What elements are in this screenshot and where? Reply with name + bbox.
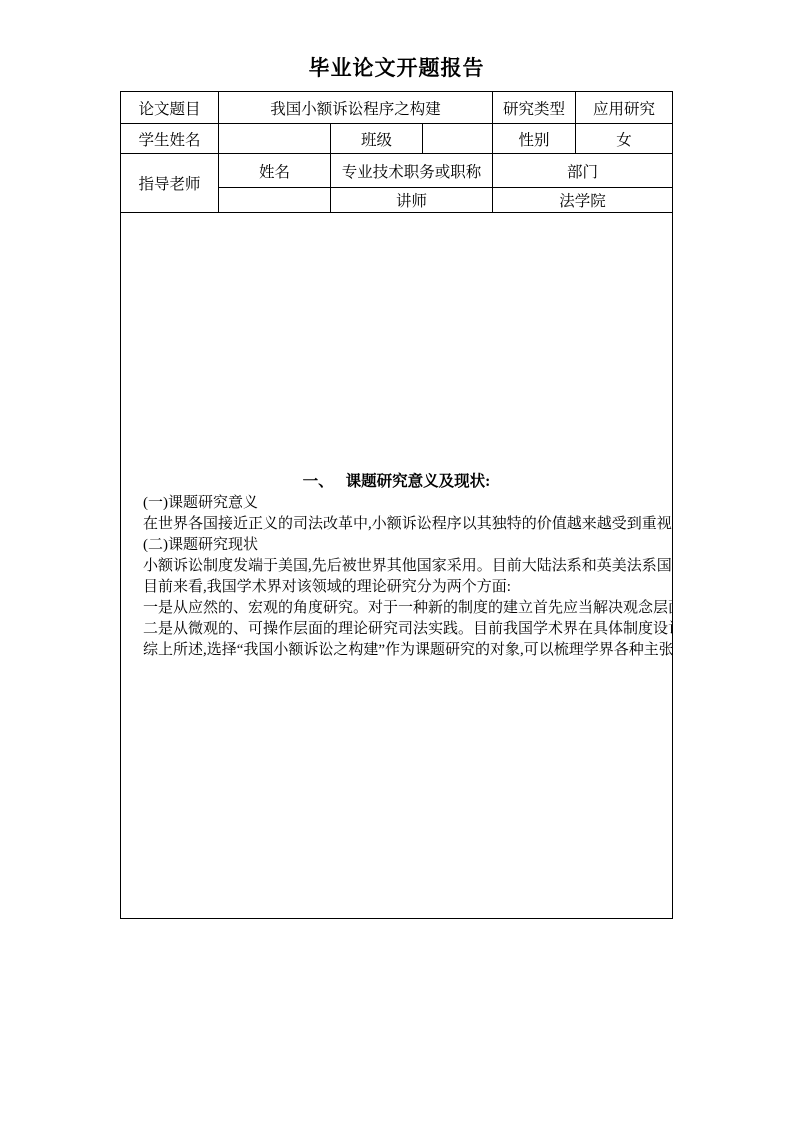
advisor-name-value[interactable]	[218, 188, 330, 213]
table-row: 指导老师 姓名 专业技术职务或职称 部门	[120, 154, 672, 188]
advisor-department-value: 法学院	[493, 188, 673, 213]
research-type-value: 应用研究	[576, 92, 673, 124]
section-number: 一、	[303, 473, 334, 490]
subsection-heading-1: (一)课题研究意义	[123, 493, 670, 514]
paragraph-significance: 在世界各国接近正义的司法改革中,小额诉讼程序以其独特的价值越来越受到重视。因为小…	[123, 514, 670, 535]
table-row: 学生姓名 班级 性别 女	[120, 124, 672, 154]
thesis-title-value: 我国小额诉讼程序之构建	[218, 92, 492, 124]
advisor-department-label: 部门	[493, 154, 673, 188]
paragraph-status-origin: 小额诉讼制度发端于美国,先后被世界其他国家采用。目前大陆法系和英美法系国家都存在…	[123, 556, 670, 577]
advisor-position-label: 专业技术职务或职称	[330, 154, 492, 188]
paragraph-aspect-macro: 一是从应然的、宏观的角度研究。对于一种新的制度的建立首先应当解决观念层面的问题,…	[123, 598, 670, 619]
research-significance-cell: 一、课题研究意义及现状: (一)课题研究意义 在世界各国接近正义的司法改革中,小…	[120, 213, 672, 919]
student-name-label: 学生姓名	[120, 124, 218, 154]
paragraph-two-aspects-intro: 目前来看,我国学术界对该领域的理论研究分为两个方面:	[123, 577, 670, 598]
table-row: 一、课题研究意义及现状: (一)课题研究意义 在世界各国接近正义的司法改革中,小…	[120, 213, 672, 919]
student-name-value[interactable]	[218, 124, 330, 154]
document-title: 毕业论文开题报告	[0, 0, 793, 82]
table-row: 论文题目 我国小额诉讼程序之构建 研究类型 应用研究	[120, 92, 672, 124]
gender-value: 女	[576, 124, 673, 154]
paragraph-conclusion: 综上所述,选择“我国小额诉讼之构建”作为课题研究的对象,可以梳理学界各种主张和观…	[123, 640, 670, 661]
document-page: 毕业论文开题报告 论文题目 我国小额诉讼程序之构建 研究类型 应用研究 学生姓名…	[0, 0, 793, 1122]
section-heading: 一、课题研究意义及现状:	[123, 471, 670, 493]
thesis-info-table: 论文题目 我国小额诉讼程序之构建 研究类型 应用研究 学生姓名 班级 性别 女 …	[120, 91, 673, 919]
paragraph-aspect-micro: 二是从微观的、可操作层面的理论研究司法实践。目前我国学术界在具体制度设计的研究中…	[123, 619, 670, 640]
subsection-heading-2: (二)课题研究现状	[123, 535, 670, 556]
advisor-name-label: 姓名	[218, 154, 330, 188]
class-value[interactable]	[422, 124, 492, 154]
advisor-position-value: 讲师	[330, 188, 492, 213]
section-heading-text: 课题研究意义及现状:	[346, 473, 491, 490]
advisor-label: 指导老师	[120, 154, 218, 213]
research-type-label: 研究类型	[493, 92, 576, 124]
class-label: 班级	[330, 124, 422, 154]
thesis-title-label: 论文题目	[120, 92, 218, 124]
gender-label: 性别	[493, 124, 576, 154]
